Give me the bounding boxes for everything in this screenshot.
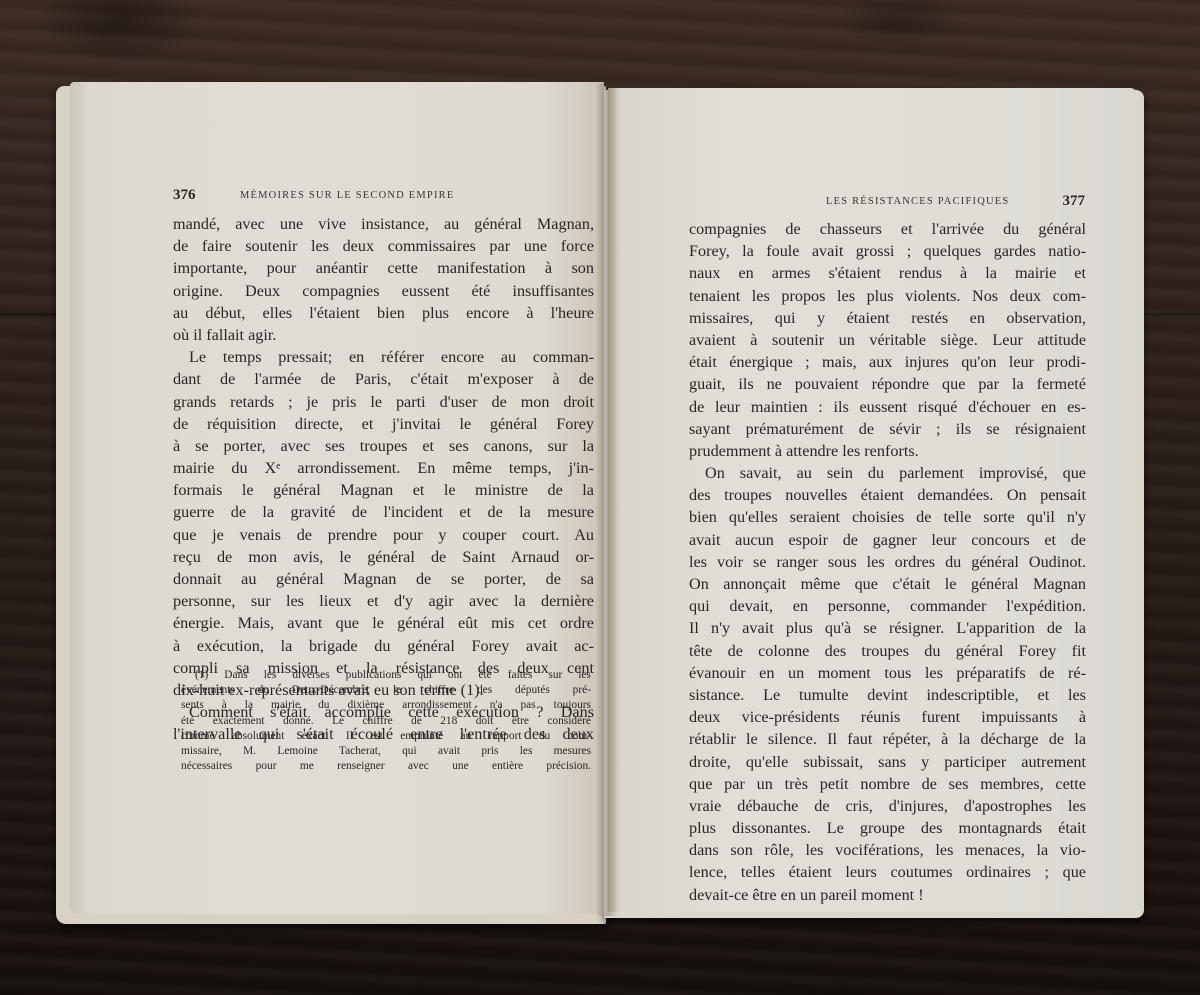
text-line: de réquisition directe, et j'invitai le … — [173, 413, 594, 435]
text-line: Il n'y avait plus qu'à se résigner. L'ap… — [689, 617, 1086, 639]
text-line: énergie. Mais, avant que le général eût … — [173, 612, 594, 634]
left-page-number: 376 — [173, 186, 196, 204]
text-line: au début, elles l'étaient bien plus enco… — [173, 302, 594, 324]
right-page-body: compagnies de chasseurs et l'arrivée du … — [689, 218, 1086, 906]
text-line: avait aucun espoir de gagner leur concou… — [689, 529, 1086, 551]
text-line: deux vice-présidents réunis furent impui… — [689, 706, 1086, 728]
footnote-line: (1) Dans les diverses publications qui o… — [181, 668, 591, 683]
text-line: importante, pour anéantir cette manifest… — [173, 257, 594, 279]
text-line: reçu de mon avis, le général de Saint Ar… — [173, 546, 594, 568]
text-line: guerre de la gravité de l'incident et de… — [173, 501, 594, 523]
text-line: qui devait, en personne, commander l'exp… — [689, 595, 1086, 617]
text-line: guait, ils ne pouvaient répondre que par… — [689, 373, 1086, 395]
text-line: On savait, au sein du parlement improvis… — [689, 462, 1086, 484]
text-line: prudemment à attendre les renforts. — [689, 440, 1086, 462]
footnote-line: nécessaires pour me renseigner avec une … — [181, 759, 591, 774]
text-line: à exécution, la brigade du général Forey… — [173, 635, 594, 657]
text-line: tête de colonne des troupes du général F… — [689, 640, 1086, 662]
text-line: que par un très petit nombre de ses memb… — [689, 773, 1086, 795]
text-line: des troupes nouvelles étaient demandées.… — [689, 484, 1086, 506]
text-line: origine. Deux compagnies eussent été ins… — [173, 280, 594, 302]
text-line: où il fallait agir. — [173, 324, 594, 346]
text-line: que je venais de prendre pour y couper c… — [173, 524, 594, 546]
footnote-line: été exactement donné. Le chiffre de 218 … — [181, 714, 591, 729]
text-line: de faire soutenir les deux commissaires … — [173, 235, 594, 257]
right-running-title: LES RÉSISTANCES PACIFIQUES — [826, 193, 1009, 211]
text-line: missaires, qui y étaient restés en obser… — [689, 307, 1086, 329]
text-line: sistance. Le tumulte devint indescriptib… — [689, 684, 1086, 706]
text-line: vraie débauche de cris, d'injures, d'apo… — [689, 795, 1086, 817]
left-page-body: mandé, avec une vive insistance, au géné… — [173, 213, 594, 746]
text-line: personne, sur les lieux et d'y agir avec… — [173, 590, 594, 612]
text-line: naux en armes s'étaient rendus à la mair… — [689, 262, 1086, 284]
text-line: de leur maintien : ils eussent risqué d'… — [689, 396, 1086, 418]
text-line: compagnies de chasseurs et l'arrivée du … — [689, 218, 1086, 240]
footnote-line: missaire, M. Lemoine Tacherat, qui avait… — [181, 744, 591, 759]
text-line: évanouir en un moment tous les préparati… — [689, 662, 1086, 684]
right-page: LES RÉSISTANCES PACIFIQUES 377 compagnie… — [608, 88, 1138, 912]
text-line: avaient à soutenir un véritable siège. L… — [689, 329, 1086, 351]
right-page-number: 377 — [1063, 192, 1086, 210]
text-line: rétablir le silence. Il faut répéter, à … — [689, 728, 1086, 750]
text-line: devait-ce être en un pareil moment ! — [689, 884, 1086, 906]
left-running-title: MÉMOIRES SUR LE SECOND EMPIRE — [240, 187, 454, 205]
right-running-head: LES RÉSISTANCES PACIFIQUES 377 — [693, 192, 1085, 210]
text-line: bien qu'elles seraient choisies de telle… — [689, 506, 1086, 528]
text-line: On annonçait même que c'était le général… — [689, 573, 1086, 595]
footnote-line: sents à la mairie du dixième arrondissem… — [181, 698, 591, 713]
text-line: lence, telles étaient leurs coutumes ord… — [689, 861, 1086, 883]
text-line: formais le général Magnan et le ministre… — [173, 479, 594, 501]
text-line: Forey, la foule avait grossi ; quelques … — [689, 240, 1086, 262]
text-line: grands retards ; je pris le parti d'user… — [173, 391, 594, 413]
footnote-line: comme absolument exact. Il est emprunté … — [181, 729, 591, 744]
text-line: les voir se ranger sous les ordres du gé… — [689, 551, 1086, 573]
left-page-footnote: (1) Dans les diverses publications qui o… — [181, 668, 591, 774]
text-line: dans son rôle, les vociférations, les me… — [689, 839, 1086, 861]
text-line: plus dissonantes. Le groupe des montagna… — [689, 817, 1086, 839]
text-line: droite, qu'elle subissait, sans y partic… — [689, 751, 1086, 773]
text-line: mandé, avec une vive insistance, au géné… — [173, 213, 594, 235]
text-line: Le temps pressait; en référer encore au … — [173, 346, 594, 368]
text-line: était énergique ; mais, aux injures qu'o… — [689, 351, 1086, 373]
text-line: à se porter, avec ses troupes et ses can… — [173, 435, 594, 457]
text-line: donnait au général Magnan de se porter, … — [173, 568, 594, 590]
footnote-line: événements du Deux-Décembre, le chiffre … — [181, 683, 591, 698]
text-line: dant de l'armée de Paris, c'était m'expo… — [173, 368, 594, 390]
text-line: mairie du Xᵉ arrondissement. En même tem… — [173, 457, 594, 479]
left-running-head: 376 MÉMOIRES SUR LE SECOND EMPIRE — [173, 186, 593, 204]
text-line: sayant prématurément de sévir ; ils se r… — [689, 418, 1086, 440]
text-line: tenaient les propos les plus violents. N… — [689, 285, 1086, 307]
left-page: 376 MÉMOIRES SUR LE SECOND EMPIRE mandé,… — [70, 82, 604, 914]
